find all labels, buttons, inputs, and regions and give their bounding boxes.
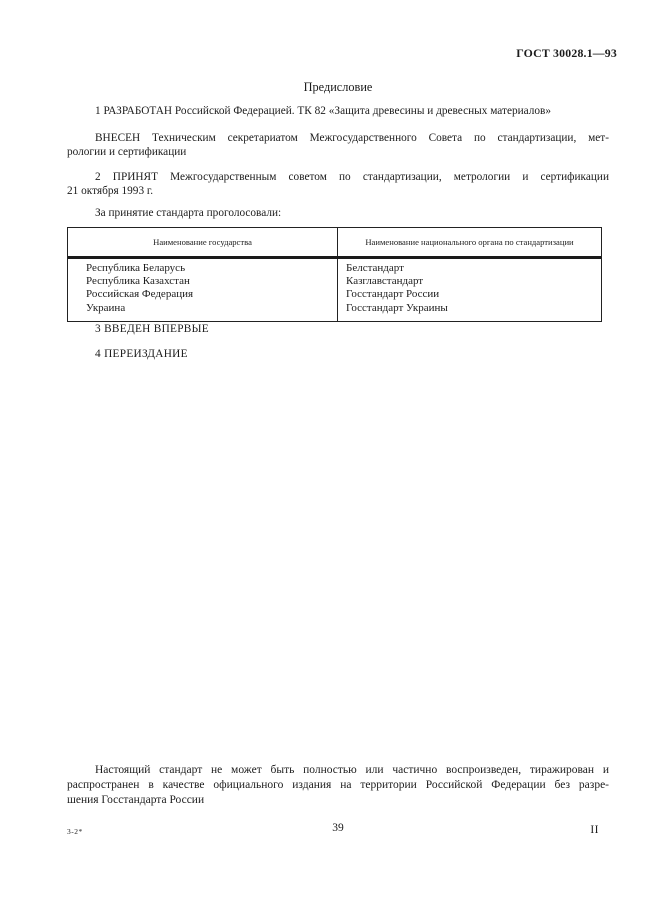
paragraph-adopted: 2 ПРИНЯТ Межгосударственным советом по с… — [67, 170, 609, 198]
table-cell-body: Белстандарт — [346, 262, 597, 275]
paragraph-developed-line: 1 РАЗРАБОТАН Российской Федерацией. ТК 8… — [67, 104, 609, 118]
table-cell-body: Госстандарт России — [346, 288, 597, 301]
copyright-line3: шения Госстандарта России — [67, 793, 609, 808]
paragraph-republished: 4 ПЕРЕИЗДАНИЕ — [67, 347, 609, 361]
sheet-number: II — [590, 824, 599, 836]
vote-table-header-row: Наименование государства Наименование на… — [68, 228, 601, 259]
paragraph-submitted-line1: ВНЕСЕН Техническим секретариатом Межгосу… — [67, 131, 609, 145]
paragraph-submitted: ВНЕСЕН Техническим секретариатом Межгосу… — [67, 131, 609, 159]
paragraph-vote-intro: За принятие стандарта проголосовали: — [67, 206, 609, 220]
paragraph-developed: 1 РАЗРАБОТАН Российской Федерацией. ТК 8… — [67, 104, 609, 118]
preface-title: Предисловие — [67, 80, 609, 94]
document-page: ГОСТ 30028.1—93 Предисловие 1 РАЗРАБОТАН… — [0, 0, 661, 902]
table-cell-state: Республика Беларусь — [86, 262, 333, 275]
doc-code-header: ГОСТ 30028.1—93 — [67, 46, 617, 60]
vote-table-body-column: Белстандарт Казглавстандарт Госстандарт … — [338, 259, 601, 321]
paragraph-introduced-line: 3 ВВЕДЕН ВПЕРВЫЕ — [67, 322, 609, 336]
table-cell-state: Украина — [86, 302, 333, 315]
paragraph-introduced: 3 ВВЕДЕН ВПЕРВЫЕ — [67, 322, 609, 336]
copyright-line2: распространен в качестве официального из… — [67, 778, 609, 793]
copyright-notice: Настоящий стандарт не может быть полност… — [67, 763, 609, 808]
vote-table-body-row: Республика Беларусь Республика Казахстан… — [68, 259, 601, 321]
paragraph-adopted-line1: 2 ПРИНЯТ Межгосударственным советом по с… — [67, 170, 609, 184]
paragraph-submitted-line2: рологии и сертификации — [67, 145, 609, 159]
vote-table: Наименование государства Наименование на… — [67, 227, 602, 322]
copyright-line1: Настоящий стандарт не может быть полност… — [67, 763, 609, 778]
vote-table-header-state: Наименование государства — [68, 228, 338, 256]
paragraph-republished-line: 4 ПЕРЕИЗДАНИЕ — [67, 347, 609, 361]
table-cell-state: Российская Федерация — [86, 288, 333, 301]
paragraph-adopted-line2: 21 октября 1993 г. — [67, 184, 609, 198]
page-footer: 3-2* 39 II — [67, 822, 609, 840]
vote-table-header-body: Наименование национального органа по ста… — [338, 228, 601, 256]
table-cell-state: Республика Казахстан — [86, 275, 333, 288]
vote-table-state-column: Республика Беларусь Республика Казахстан… — [68, 259, 338, 321]
page-number: 39 — [67, 822, 609, 834]
table-cell-body: Госстандарт Украины — [346, 302, 597, 315]
paragraph-vote-intro-line: За принятие стандарта проголосовали: — [67, 206, 609, 220]
table-cell-body: Казглавстандарт — [346, 275, 597, 288]
